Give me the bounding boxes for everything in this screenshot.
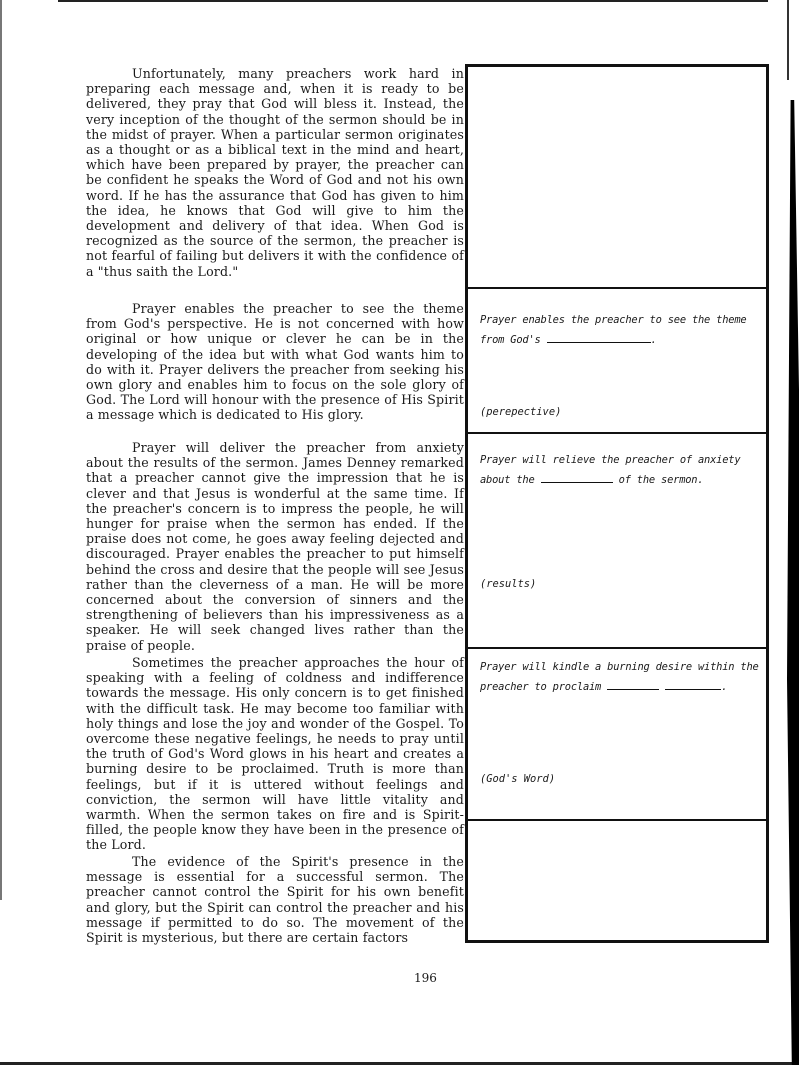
study-guide-box: Prayer enables the preacher to see the t… xyxy=(465,64,769,943)
paragraph-text: Prayer enables the preacher to see the t… xyxy=(86,301,464,422)
fill-in-prompt: Prayer enables the preacher to see the t… xyxy=(480,310,760,350)
study-cell: Prayer will relieve the preacher of anxi… xyxy=(468,432,766,647)
page-top-edge xyxy=(58,0,768,2)
answer-blank[interactable] xyxy=(665,679,721,690)
study-cell: Prayer enables the preacher to see the t… xyxy=(468,287,766,432)
paragraph: Sometimes the preacher approaches the ho… xyxy=(86,655,464,837)
answer-blank[interactable] xyxy=(541,472,613,483)
answer-blank[interactable] xyxy=(607,679,659,690)
prompt-text: of the sermon. xyxy=(619,474,704,486)
paragraph: Unfortunately, many preachers work hard … xyxy=(86,66,464,282)
paragraph-text: Sometimes the preacher approaches the ho… xyxy=(86,655,464,852)
paragraph-text: The evidence of the Spirit's presence in… xyxy=(86,854,464,945)
study-cell: Prayer will kindle a burning desire with… xyxy=(468,647,766,819)
answer-blank[interactable] xyxy=(547,332,651,343)
paragraph-text: Unfortunately, many preachers work hard … xyxy=(86,66,464,279)
prompt-text: . xyxy=(721,681,727,693)
study-cell-empty xyxy=(468,819,766,942)
answer-key: (perepective) xyxy=(480,406,561,418)
paragraph: Prayer will deliver the preacher from an… xyxy=(86,440,464,638)
page-left-edge xyxy=(0,0,2,900)
page-number: 196 xyxy=(414,971,437,985)
study-cell-empty xyxy=(468,67,766,287)
answer-key: (results) xyxy=(480,578,536,590)
paragraph: Prayer enables the preacher to see the t… xyxy=(86,301,464,423)
body-text-column: Unfortunately, many preachers work hard … xyxy=(86,66,464,945)
paragraph: The evidence of the Spirit's presence in… xyxy=(86,854,464,945)
answer-key: (God's Word) xyxy=(480,773,555,785)
fill-in-prompt: Prayer will kindle a burning desire with… xyxy=(480,657,760,697)
fill-in-prompt: Prayer will relieve the preacher of anxi… xyxy=(480,450,760,490)
scan-edge xyxy=(785,0,799,1065)
paragraph-text: Prayer will deliver the preacher from an… xyxy=(86,440,464,653)
prompt-text: . xyxy=(651,334,657,346)
